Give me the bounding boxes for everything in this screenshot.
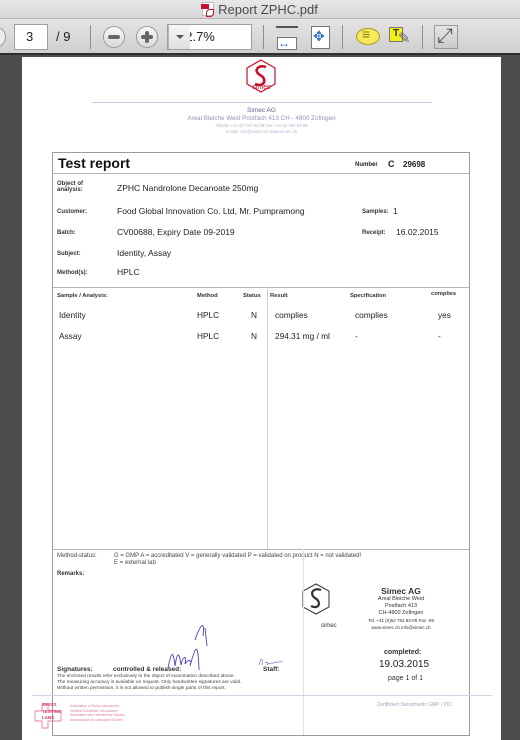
toolbar-separator bbox=[342, 25, 343, 49]
method-status-line1: G = GMP A = accreditated V = generally v… bbox=[114, 553, 361, 559]
pdf-page: simec Simec AG Areal Bleiche West Postfa… bbox=[22, 57, 501, 740]
object-label: Object of analysis: bbox=[57, 181, 97, 193]
samples-label: Samples: bbox=[362, 209, 389, 215]
section-divider bbox=[303, 549, 304, 735]
page-of: page 1 of 1 bbox=[388, 675, 423, 682]
stamp-logo-text: simec bbox=[321, 623, 337, 629]
signature-controlled bbox=[165, 618, 210, 673]
subject-label: Subject: bbox=[57, 251, 81, 257]
signatures-label: Signatures: bbox=[57, 666, 93, 673]
method-status-label: Method-status: bbox=[57, 553, 97, 559]
batch-value: CV00688, Expiry Date 09-2019 bbox=[117, 227, 235, 237]
swiss-testing-labs-text: SWISS TESTING LABS bbox=[42, 702, 62, 722]
zoom-out-button[interactable] bbox=[103, 26, 125, 48]
chevron-down-icon[interactable] bbox=[168, 25, 190, 49]
full-screen-button[interactable] bbox=[434, 25, 458, 49]
cell-sample: Assay bbox=[59, 331, 82, 341]
zoom-in-button[interactable] bbox=[136, 26, 158, 48]
certification-text: Zertifiziert Swissmedic GMP / PIC bbox=[377, 702, 452, 708]
divider bbox=[53, 173, 469, 174]
controlled-released-label: controlled & released: bbox=[113, 666, 181, 673]
samples-value: 1 bbox=[393, 206, 398, 216]
disclaimer-line: Without written permission, it is not al… bbox=[57, 686, 307, 692]
simec-stamp-logo-icon bbox=[301, 583, 331, 621]
method-status-legend: G = GMP A = accreditated V = generally v… bbox=[114, 553, 464, 567]
pdf-file-icon bbox=[202, 2, 214, 16]
cell-sample: Identity bbox=[59, 310, 86, 320]
comment-icon[interactable] bbox=[356, 26, 378, 48]
col-header-specification: Specification bbox=[350, 293, 386, 299]
logo-text: simec bbox=[22, 84, 501, 91]
divider bbox=[53, 287, 469, 288]
batch-label: Batch: bbox=[57, 230, 76, 236]
cell-result: 294.31 mg / ml bbox=[275, 331, 330, 341]
cell-result: complies bbox=[275, 310, 308, 320]
letterhead-email: E-Mail: info@simec.ch www.simec.ch bbox=[22, 129, 501, 134]
toolbar-separator bbox=[90, 25, 91, 49]
stamp-line: Postfach 413 bbox=[341, 603, 461, 610]
window-titlebar: Report ZPHC.pdf bbox=[0, 0, 520, 19]
toolbar-separator bbox=[263, 25, 264, 49]
completed-date: 19.03.2015 bbox=[379, 659, 429, 670]
previous-page-button[interactable] bbox=[0, 27, 6, 47]
stamp-line: Tel. +41 (0)62 752 83-08 Fax -09 bbox=[341, 617, 461, 624]
fit-page-button[interactable] bbox=[310, 26, 332, 48]
stamp-line: www.simec.ch info@simec.ch bbox=[341, 624, 461, 631]
report-title: Test report bbox=[58, 155, 130, 171]
receipt-value: 16.02.2015 bbox=[396, 227, 439, 237]
letterhead-address: Areal Bleiche West Postfach 413 CH - 480… bbox=[22, 115, 501, 122]
association-text: Association of Swiss Laboratories Verban… bbox=[70, 704, 125, 722]
plus-icon-vertical bbox=[145, 31, 149, 43]
col-header-complies: complies bbox=[431, 291, 456, 297]
cell-method: HPLC bbox=[197, 310, 219, 320]
assoc-line: Association des Laboratoires Suisses bbox=[70, 713, 125, 718]
test-report: Test report Number C 29698 Object of ana… bbox=[52, 152, 470, 736]
highlight-text-icon[interactable] bbox=[389, 26, 411, 48]
cell-status: N bbox=[251, 310, 257, 320]
report-number-label: Number bbox=[355, 162, 378, 168]
receipt-label: Receipt: bbox=[362, 230, 386, 236]
col-header-method: Method bbox=[197, 293, 218, 299]
methods-label: Method(s): bbox=[57, 270, 88, 276]
cell-status: N bbox=[251, 331, 257, 341]
cell-method: HPLC bbox=[197, 331, 219, 341]
cell-complies: - bbox=[438, 331, 441, 341]
minus-icon bbox=[108, 35, 120, 39]
assoc-line: Associazione dei Laboratori Svizzeri bbox=[70, 718, 125, 723]
toolbar-separator bbox=[422, 25, 423, 49]
window-title: Report ZPHC.pdf bbox=[218, 2, 318, 17]
customer-label: Customer: bbox=[57, 209, 87, 215]
col-header-sample: Sample / Analysis: bbox=[57, 293, 108, 299]
staff-label: Staff: bbox=[263, 666, 280, 673]
cell-specification: complies bbox=[355, 310, 388, 320]
cell-specification: - bbox=[355, 331, 358, 341]
stamp-line: CH-4800 Zofingen bbox=[341, 610, 461, 617]
subject-value: Identity, Assay bbox=[117, 248, 171, 258]
fit-width-button[interactable] bbox=[276, 26, 298, 48]
page-number-input[interactable]: 3 bbox=[14, 24, 48, 50]
toolbar: 3 / 9 52.7% bbox=[0, 19, 520, 55]
stamp-company: Simec AG bbox=[341, 586, 461, 596]
method-status-line2: E = external lab bbox=[114, 560, 156, 566]
report-number: 29698 bbox=[403, 160, 425, 169]
object-value: ZPHC Nandrolone Decanoate 250mg bbox=[117, 183, 258, 193]
company-stamp: Simec AG Areal Bleiche West Postfach 413… bbox=[341, 586, 461, 631]
letterhead-divider bbox=[92, 102, 432, 103]
cell-complies: yes bbox=[438, 310, 451, 320]
assoc-line: Association of Swiss Laboratories bbox=[70, 704, 125, 709]
zoom-level-select[interactable]: 52.7% bbox=[167, 24, 252, 50]
column-divider bbox=[267, 287, 268, 549]
divider bbox=[53, 549, 469, 550]
footer-divider bbox=[32, 695, 492, 696]
completed-label: completed: bbox=[384, 649, 421, 656]
col-header-result: Result bbox=[270, 293, 288, 299]
methods-value: HPLC bbox=[117, 267, 140, 277]
remarks-label: Remarks: bbox=[57, 571, 84, 577]
stamp-line: Areal Bleiche West bbox=[341, 596, 461, 603]
letterhead-phone: Telefon +41 62 752 83 08 Fax +41 62 752 … bbox=[22, 123, 501, 128]
report-number-prefix: C bbox=[388, 159, 395, 169]
page-total: / 9 bbox=[56, 29, 70, 44]
stl-line: LABS bbox=[42, 715, 62, 722]
letterhead-company: Simec AG bbox=[22, 107, 501, 114]
col-header-status: Status bbox=[243, 293, 261, 299]
customer-value: Food Global Innovation Co. Ltd, Mr. Pump… bbox=[117, 206, 305, 216]
disclaimer: The enclosed results refer exclusively t… bbox=[57, 674, 307, 692]
